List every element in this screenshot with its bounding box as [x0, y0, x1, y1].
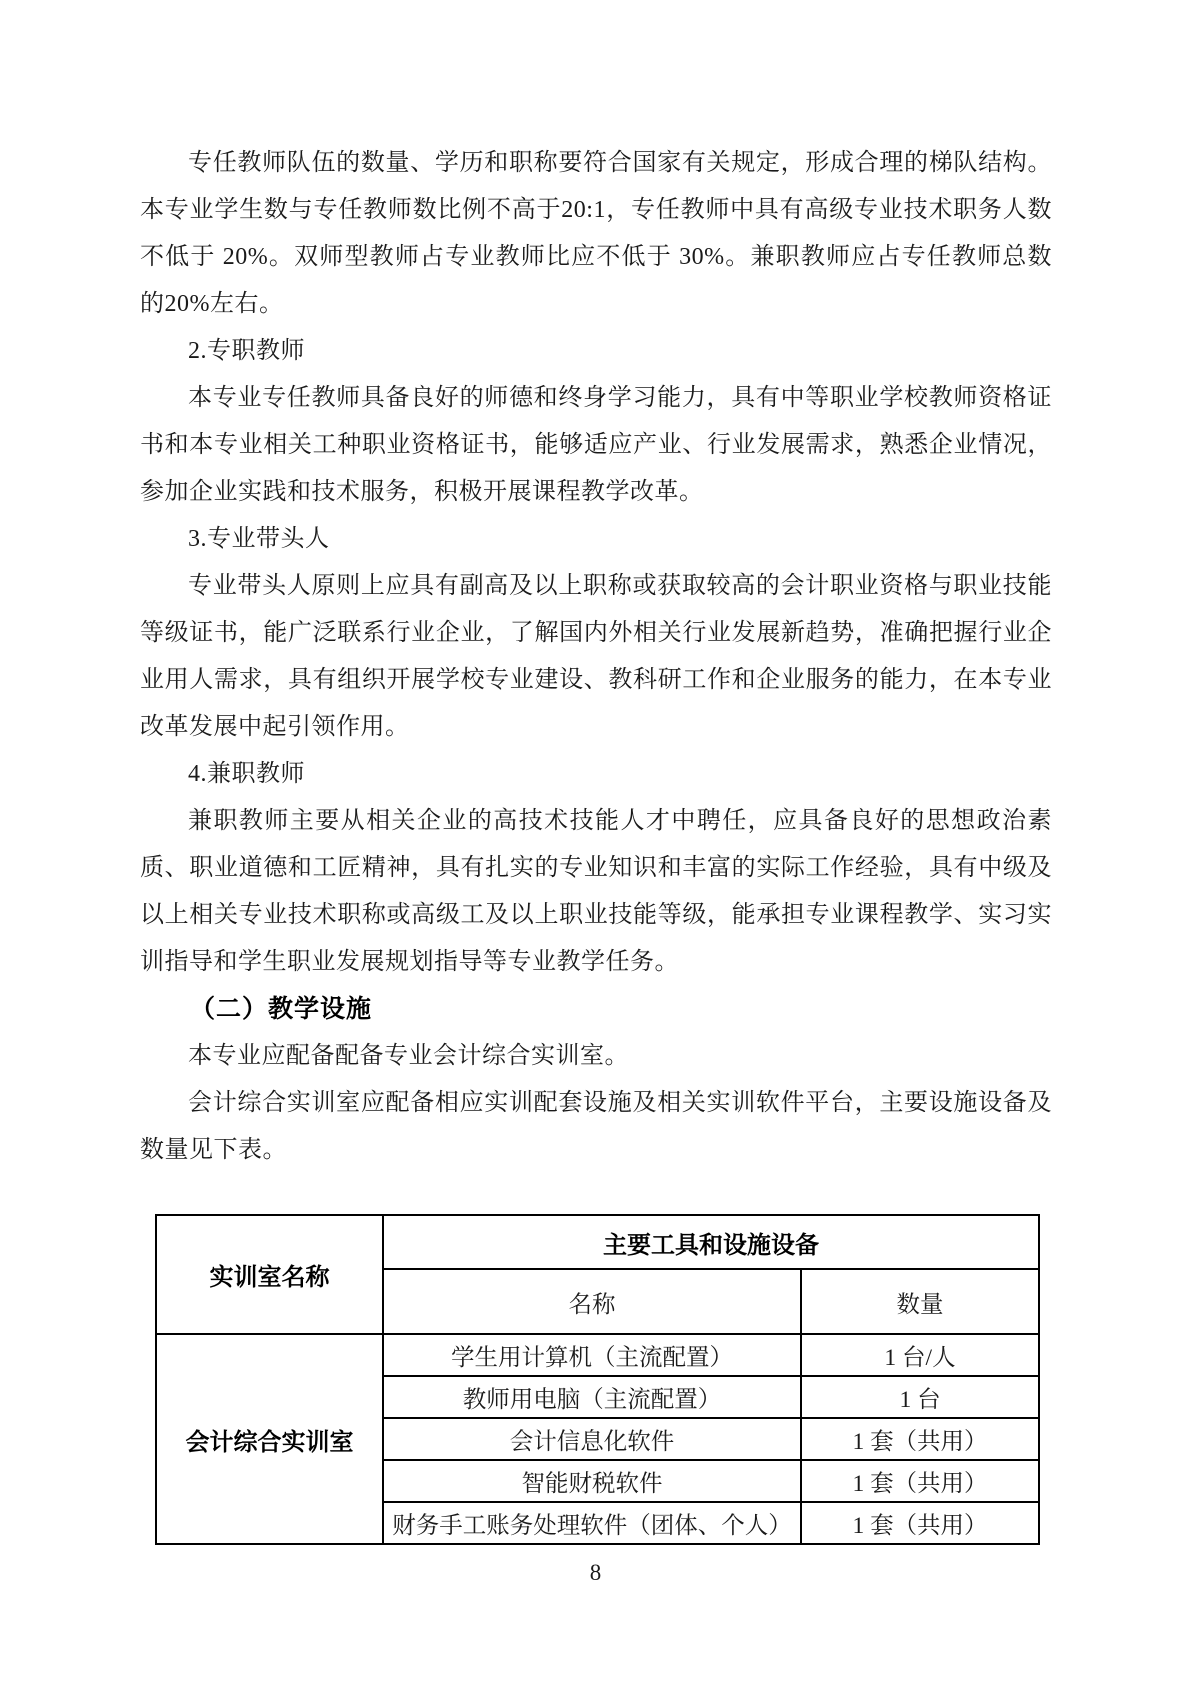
cell-equipment-qty: 1 台: [801, 1376, 1039, 1418]
paragraph-training-room-requirement: 本专业应配备配备专业会计综合实训室。: [140, 1033, 1052, 1080]
header-cell-qty: 数量: [801, 1269, 1039, 1334]
paragraph-teacher-team-requirements: 专任教师队伍的数量、学历和职称要符合国家有关规定，形成合理的梯队结构。本专业学生…: [140, 140, 1052, 328]
cell-equipment-qty: 1 台/人: [801, 1334, 1039, 1376]
cell-equipment-name: 会计信息化软件: [383, 1418, 801, 1460]
page-number: 8: [0, 1560, 1191, 1586]
paragraph-program-leader: 专业带头人原则上应具有副高及以上职称或获取较高的会计职业资格与职业技能等级证书，…: [140, 563, 1052, 751]
paragraph-full-time-teachers: 本专业专任教师具备良好的师德和终身学习能力，具有中等职业学校教师资格证书和本专业…: [140, 375, 1052, 516]
cell-equipment-name: 智能财税软件: [383, 1460, 801, 1502]
cell-equipment-qty: 1 套（共用）: [801, 1460, 1039, 1502]
item-heading-program-leader: 3.专业带头人: [140, 516, 1052, 563]
cell-equipment-name: 学生用计算机（主流配置）: [383, 1334, 801, 1376]
header-cell-room-name: 实训室名称: [156, 1215, 383, 1334]
section-heading-teaching-facilities: （二）教学设施: [140, 986, 1052, 1033]
item-heading-part-time-teachers: 4.兼职教师: [140, 751, 1052, 798]
cell-equipment-qty: 1 套（共用）: [801, 1502, 1039, 1544]
paragraph-training-room-equipment-intro: 会计综合实训室应配备相应实训配套设施及相关实训软件平台，主要设施设备及数量见下表…: [140, 1080, 1052, 1174]
header-cell-tools: 主要工具和设施设备: [383, 1215, 1039, 1269]
cell-room-name: 会计综合实训室: [156, 1334, 383, 1544]
table-header-row-1: 实训室名称 主要工具和设施设备: [156, 1215, 1039, 1269]
document-page: 专任教师队伍的数量、学历和职称要符合国家有关规定，形成合理的梯队结构。本专业学生…: [0, 0, 1191, 1684]
header-cell-name: 名称: [383, 1269, 801, 1334]
cell-equipment-name: 财务手工账务处理软件（团体、个人）: [383, 1502, 801, 1544]
cell-equipment-name: 教师用电脑（主流配置）: [383, 1376, 801, 1418]
document-content: 专任教师队伍的数量、学历和职称要符合国家有关规定，形成合理的梯队结构。本专业学生…: [140, 140, 1052, 1545]
table-row: 会计综合实训室 学生用计算机（主流配置） 1 台/人: [156, 1334, 1039, 1376]
item-heading-full-time-teachers: 2.专职教师: [140, 328, 1052, 375]
paragraph-part-time-teachers: 兼职教师主要从相关企业的高技术技能人才中聘任，应具备良好的思想政治素质、职业道德…: [140, 798, 1052, 986]
cell-equipment-qty: 1 套（共用）: [801, 1418, 1039, 1460]
facilities-table: 实训室名称 主要工具和设施设备 名称 数量 会计综合实训室 学生用计算机（主流配…: [155, 1214, 1040, 1545]
